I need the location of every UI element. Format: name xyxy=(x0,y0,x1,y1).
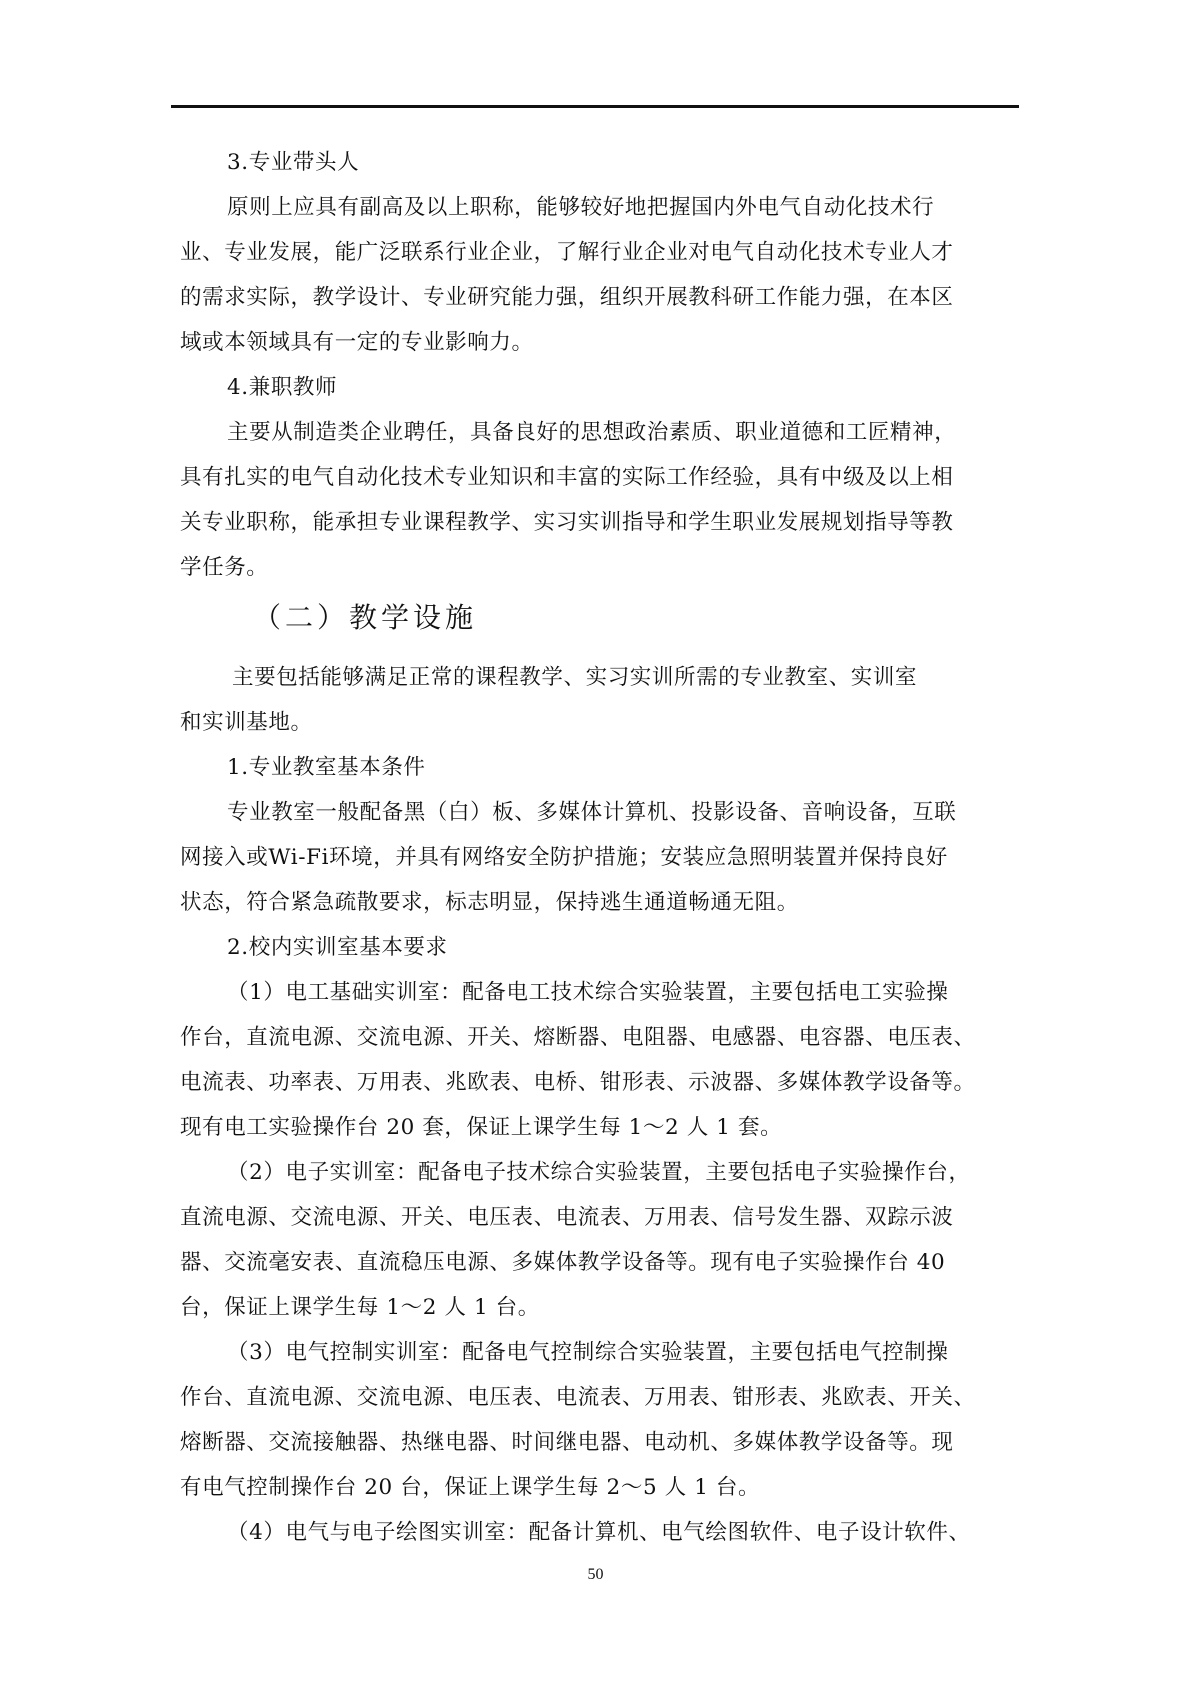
paragraph-line: 原则上应具有副高及以上职称，能够较好地把握国内外电气自动化技术行 xyxy=(227,193,934,223)
section-title-teaching-facilities: （二）教学设施 xyxy=(253,600,477,636)
paragraph-line: 有电气控制操作台 20 台，保证上课学生每 2～5 人 1 台。 xyxy=(180,1473,760,1503)
paragraph-line: 学任务。 xyxy=(180,553,268,583)
paragraph-line: 熔断器、交流接触器、热继电器、时间继电器、电动机、多媒体教学设备等。现 xyxy=(180,1428,954,1458)
paragraph-line: （2）电子实训室：配备电子技术综合实验装置，主要包括电子实验操作台， xyxy=(227,1158,971,1188)
heading-part-time-teachers: 4.兼职教师 xyxy=(227,373,337,403)
paragraph-line: 网接入或Wi-Fi环境，并具有网络安全防护措施；安装应急照明装置并保持良好 xyxy=(180,843,948,873)
paragraph-line: 作台，直流电源、交流电源、开关、熔断器、电阻器、电感器、电容器、电压表、 xyxy=(180,1023,976,1053)
paragraph-line: 作台、直流电源、交流电源、电压表、电流表、万用表、钳形表、兆欧表、开关、 xyxy=(180,1383,976,1413)
paragraph-line: 具有扎实的电气自动化技术专业知识和丰富的实际工作经验，具有中级及以上相 xyxy=(180,463,954,493)
paragraph-line: 主要从制造类企业聘任，具备良好的思想政治素质、职业道德和工匠精神， xyxy=(227,418,956,448)
paragraph-line: 电流表、功率表、万用表、兆欧表、电桥、钳形表、示波器、多媒体教学设备等。 xyxy=(180,1068,976,1098)
page-number: 50 xyxy=(0,1566,1191,1584)
paragraph-line: 台，保证上课学生每 1～2 人 1 台。 xyxy=(180,1293,540,1323)
paragraph-line: （3）电气控制实训室：配备电气控制综合实验装置，主要包括电气控制操 xyxy=(227,1338,948,1368)
heading-professional-leader: 3.专业带头人 xyxy=(227,148,359,178)
paragraph-line: 直流电源、交流电源、开关、电压表、电流表、万用表、信号发生器、双踪示波 xyxy=(180,1203,954,1233)
paragraph-line: 的需求实际，教学设计、专业研究能力强，组织开展教科研工作能力强，在本区 xyxy=(180,283,954,313)
paragraph-line: 业、专业发展，能广泛联系行业企业，了解行业企业对电气自动化技术专业人才 xyxy=(180,238,954,268)
paragraph-line: 主要包括能够满足正常的课程教学、实习实训所需的专业教室、实训室 xyxy=(232,663,917,693)
paragraph-line: 现有电工实验操作台 20 套，保证上课学生每 1～2 人 1 套。 xyxy=(180,1113,782,1143)
paragraph-line: 器、交流毫安表、直流稳压电源、多媒体教学设备等。现有电子实验操作台 40 xyxy=(180,1248,945,1278)
heading-training-room-requirements: 2.校内实训室基本要求 xyxy=(227,933,448,963)
paragraph-line: 状态，符合紧急疏散要求，标志明显，保持逃生通道畅通无阻。 xyxy=(180,888,799,918)
paragraph-line: 域或本领域具有一定的专业影响力。 xyxy=(180,328,534,358)
paragraph-line: 和实训基地。 xyxy=(180,708,313,738)
heading-classroom-conditions: 1.专业教室基本条件 xyxy=(227,753,426,783)
paragraph-line: （1）电工基础实训室：配备电工技术综合实验装置，主要包括电工实验操 xyxy=(227,978,948,1008)
paragraph-line: （4）电气与电子绘图实训室：配备计算机、电气绘图软件、电子设计软件、 xyxy=(227,1518,971,1548)
paragraph-line: 专业教室一般配备黑（白）板、多媒体计算机、投影设备、音响设备，互联 xyxy=(227,798,956,828)
header-rule xyxy=(171,105,1019,108)
paragraph-line: 关专业职称，能承担专业课程教学、实习实训指导和学生职业发展规划指导等教 xyxy=(180,508,954,538)
